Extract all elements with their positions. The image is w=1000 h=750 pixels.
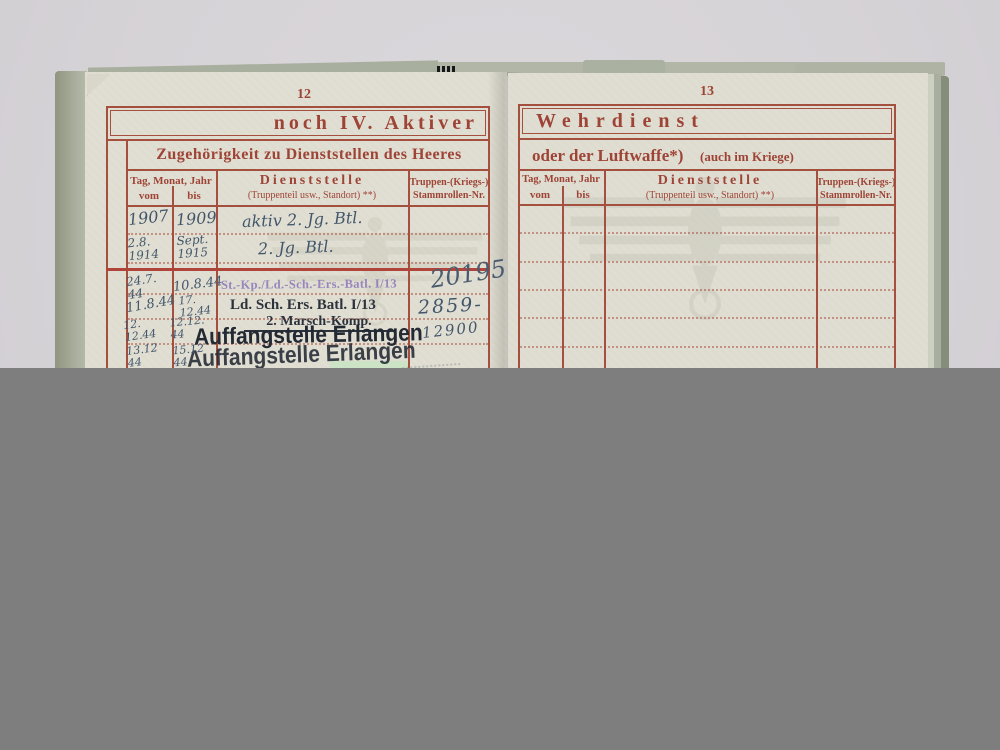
rule [562, 186, 564, 368]
row-separator [520, 232, 894, 234]
col-date-group: Tag, Monat, Jahr [126, 175, 216, 187]
col-dienststelle-sub: (Truppenteil usw., Standort) **) [216, 190, 408, 201]
gray-overlay [0, 368, 1000, 750]
table-frame-right [518, 104, 896, 368]
col-truppen-1: Truppen-(Kriegs-) [408, 177, 490, 188]
col-date-group: Tag, Monat, Jahr [518, 174, 604, 185]
rule [816, 169, 818, 368]
subheader-note-right: (auch im Kriege) [700, 149, 794, 165]
entry-bis: Sept. 1915 [176, 233, 209, 260]
entry-bis: 1909 [175, 210, 217, 230]
page-number-left: 12 [288, 87, 320, 103]
unit-stamp-purple: St.-Kp./Ld.-Sch.-Ers.-Batl. I/13 [221, 276, 433, 293]
entry-bis: 15.12 44 [172, 343, 205, 369]
row-separator [520, 317, 894, 319]
book-cover-left-edge [55, 71, 87, 368]
entry-vom: 2.8. 1914 [127, 235, 160, 263]
rule [518, 138, 896, 140]
page-number-right: 13 [692, 84, 722, 100]
col-dienststelle: Dienststelle [604, 173, 816, 189]
entry-stammrollen-nr: 2859- [418, 295, 484, 318]
row-separator [128, 262, 488, 264]
rule [518, 204, 896, 206]
col-vom: vom [126, 190, 172, 202]
rule [518, 169, 896, 171]
unit-stamp-black: Ld. Sch. Ers. Batl. I/13 [230, 297, 420, 314]
col-bis: bis [172, 190, 216, 202]
col-bis: bis [562, 189, 604, 201]
entry-vom: 12. 12.44 [123, 316, 157, 343]
rule [604, 169, 606, 368]
entry-dienststelle: 2. Jg. Btl. [258, 239, 334, 258]
row-separator [520, 289, 894, 291]
section-header-left: noch IV. Aktiver [110, 112, 478, 135]
col-dienststelle-sub: (Truppenteil usw., Standort) **) [604, 190, 816, 201]
col-dienststelle: Dienststelle [216, 173, 408, 189]
section-title-left: Zugehörigkeit zu Dienststellen des Heere… [128, 146, 490, 164]
book-cover-right-edge [941, 76, 949, 368]
subheader-right: oder der Luftwaffe*) [532, 146, 683, 166]
col-truppen-2: Stammrollen-Nr. [408, 190, 490, 201]
rule [126, 169, 490, 171]
section-header-right: Wehrdienst [536, 110, 886, 133]
col-truppen-2: Stammrollen-Nr. [816, 190, 896, 201]
rule [126, 205, 490, 207]
col-truppen-1: Truppen-(Kriegs-) [816, 177, 896, 188]
col-vom: vom [518, 189, 562, 201]
rule [106, 139, 490, 141]
row-separator [520, 346, 894, 348]
row-separator [520, 261, 894, 263]
photo-of-open-wehrpass: 12 noch IV. Aktiver Zugehörigkeit zu Die… [0, 0, 1000, 750]
entry-vom: 13.12 44 [126, 342, 160, 369]
